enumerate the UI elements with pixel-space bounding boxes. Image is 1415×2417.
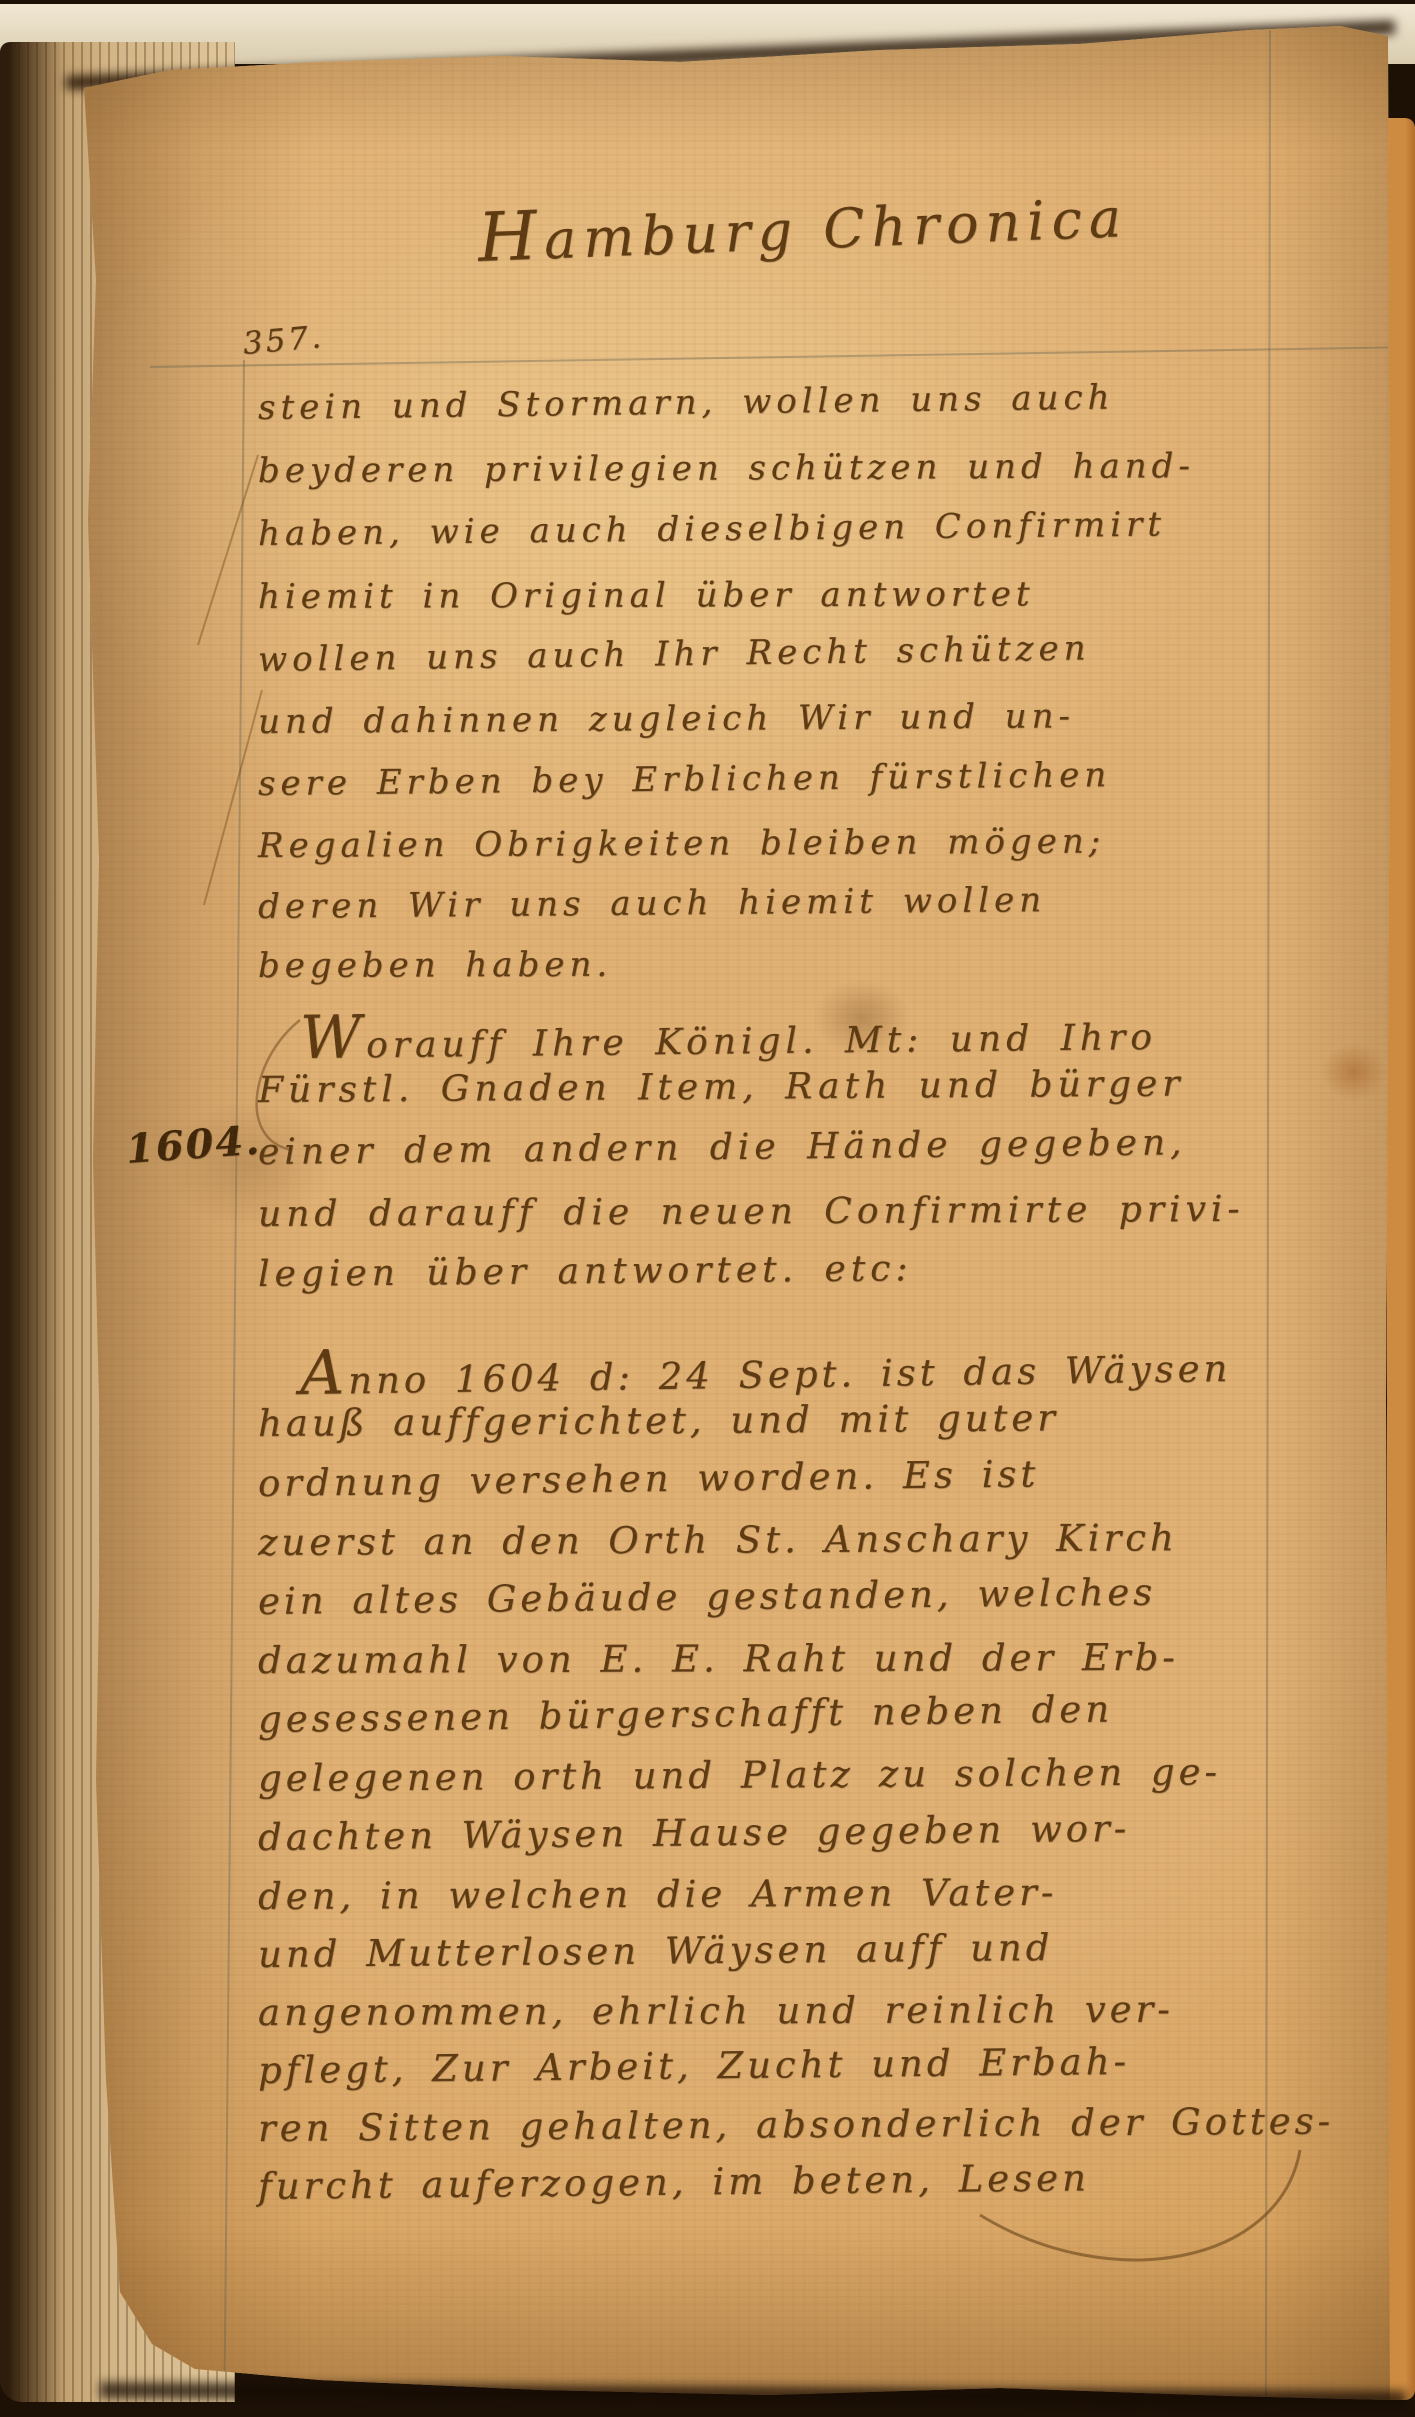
ruled-line-right-margin bbox=[1265, 30, 1271, 2398]
manuscript-line: gelegenen orth und Platz zu solchen ge- bbox=[258, 1750, 1221, 1800]
manuscript-line: deren Wir uns auch hiemit wollen bbox=[258, 880, 1046, 927]
manuscript-line: ordnung versehen worden. Es ist bbox=[258, 1452, 1040, 1505]
manuscript-line: Regalien Obrigkeiten bleiben mögen; bbox=[258, 822, 1105, 866]
manuscript-line: begeben haben. bbox=[258, 945, 612, 986]
manuscript-photo: 357. Hamburg Chronica 1604. stein und St… bbox=[0, 0, 1415, 2417]
manuscript-page: 357. Hamburg Chronica 1604. stein und St… bbox=[0, 0, 1415, 2417]
manuscript-line: einer dem andern die Hände gegeben, bbox=[258, 1122, 1187, 1173]
manuscript-line: hiemit in Original über antwortet bbox=[258, 574, 1035, 617]
manuscript-line: dachten Wäysen Hause gegeben wor- bbox=[258, 1807, 1131, 1859]
manuscript-line: und Mutterlosen Wäysen auff und bbox=[258, 1926, 1054, 1976]
margin-year-note: 1604. bbox=[124, 1117, 262, 1173]
manuscript-line: hauß auffgerichtet, und mit guter bbox=[258, 1396, 1059, 1445]
manuscript-line: Anno 1604 d: 24 Sept. ist das Wäysen bbox=[300, 1325, 1232, 1409]
manuscript-line: legien über antwortet. etc: bbox=[258, 1248, 913, 1295]
manuscript-line: pflegt, Zur Arbeit, Zucht und Erbah- bbox=[258, 2040, 1130, 2092]
manuscript-line: Fürstl. Gnaden Item, Rath und bürger bbox=[258, 1064, 1185, 1111]
manuscript-line: wollen uns auch Ihr Recht schützen bbox=[258, 628, 1091, 680]
manuscript-line: ren Sitten gehalten, absonderlich der Go… bbox=[258, 2099, 1334, 2150]
ruled-line-horizontal bbox=[150, 347, 1388, 368]
page-title: Hamburg Chronica bbox=[476, 173, 1129, 277]
manuscript-line: haben, wie auch dieselbigen Confirmirt bbox=[258, 504, 1166, 554]
manuscript-line: sere Erben bey Erblichen fürstlichen bbox=[258, 755, 1112, 804]
ruled-line-left-margin bbox=[223, 360, 245, 2396]
manuscript-line: ein altes Gebäude gestanden, welches bbox=[258, 1571, 1157, 1623]
manuscript-line: dazumahl von E. E. Raht und der Erb- bbox=[258, 1636, 1179, 1682]
manuscript-line: angenommen, ehrlich und reinlich ver- bbox=[258, 1988, 1174, 2034]
manuscript-line: Worauff Ihre Königl. Mt: und Ihro bbox=[300, 995, 1158, 1073]
manuscript-line: stein und Stormarn, wollen uns auch bbox=[258, 378, 1115, 428]
manuscript-line: furcht auferzogen, im beten, Lesen bbox=[258, 2156, 1090, 2208]
manuscript-line: gesessenen bürgerschafft neben den bbox=[258, 1688, 1114, 1741]
manuscript-line: zuerst an den Orth St. Anschary Kirch bbox=[258, 1516, 1178, 1564]
manuscript-line: und dahinnen zugleich Wir und un- bbox=[258, 696, 1075, 742]
manuscript-line: den, in welchen die Armen Vater- bbox=[258, 1871, 1058, 1918]
manuscript-line: beyderen privilegien schützen und hand- bbox=[258, 446, 1195, 491]
manuscript-line: und darauff die neuen Confirmirte privi- bbox=[258, 1189, 1245, 1235]
page-number: 357. bbox=[241, 319, 325, 362]
